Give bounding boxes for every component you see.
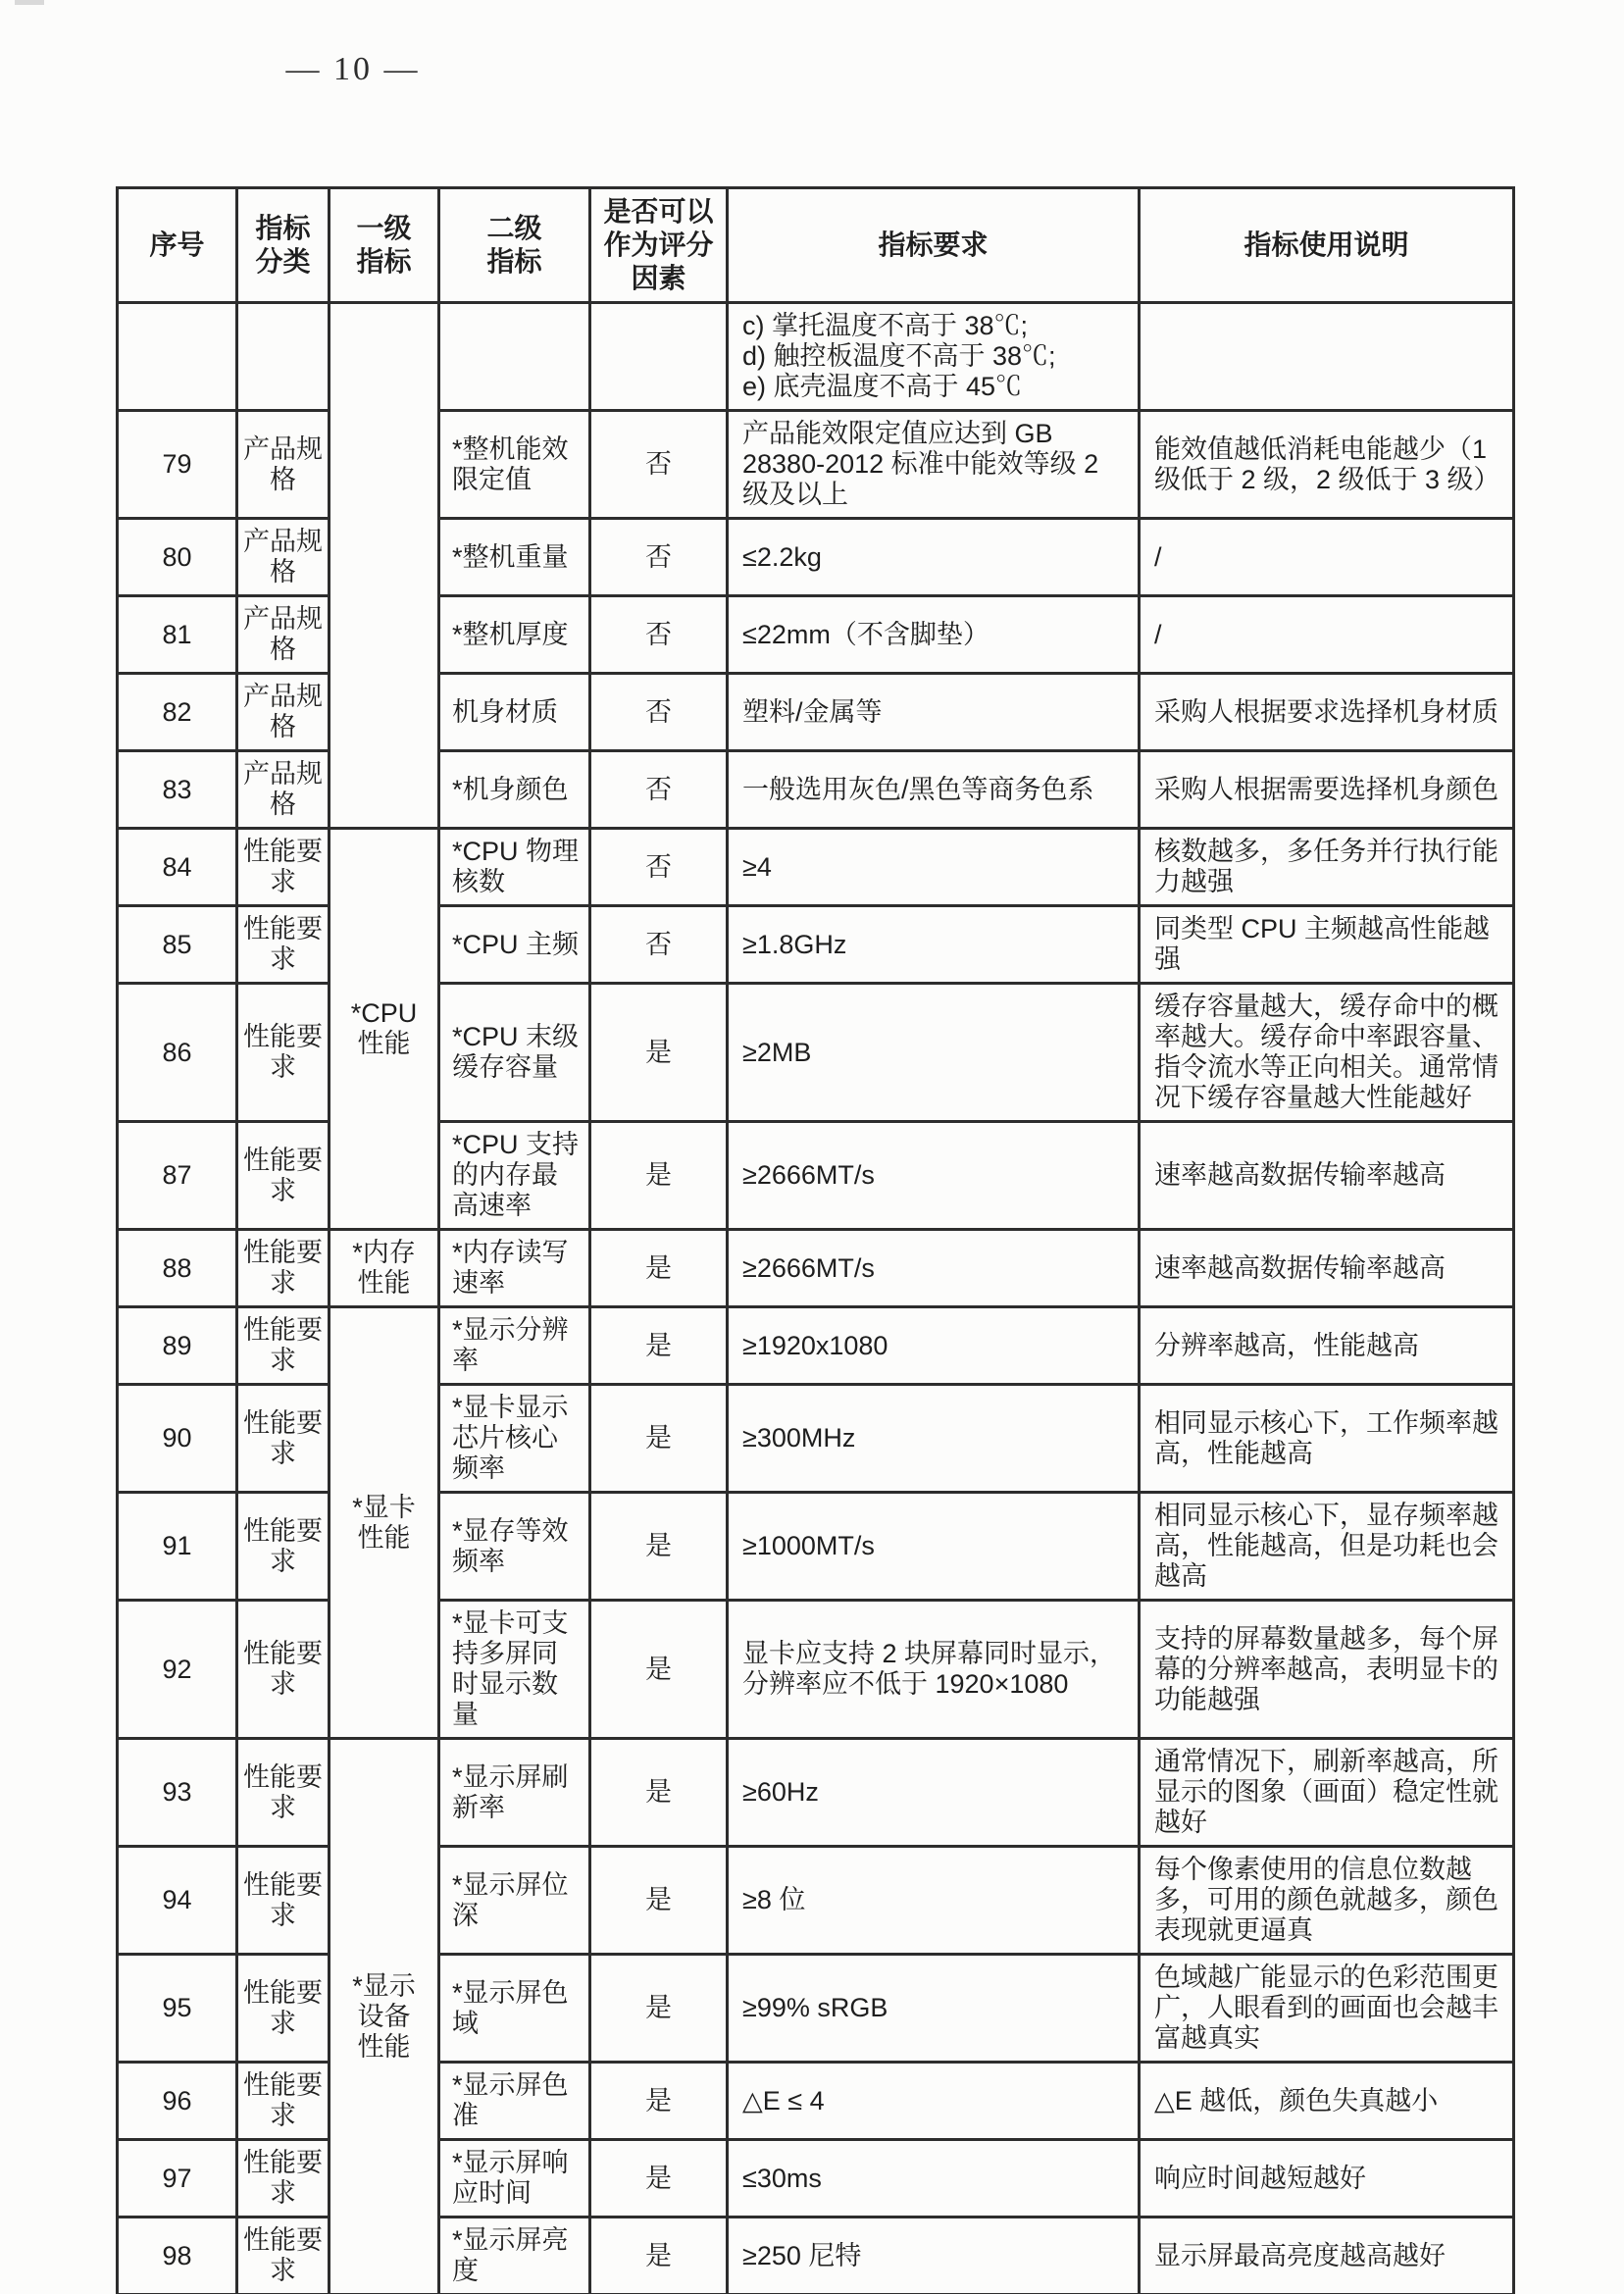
cell-requirement: ≥1920x1080 bbox=[728, 1307, 1140, 1385]
column-header: 序号 bbox=[118, 188, 237, 303]
cell-scorable: 否 bbox=[590, 906, 728, 984]
cell-requirement: ≥4 bbox=[728, 829, 1140, 906]
cell-usage-note: 采购人根据要求选择机身材质 bbox=[1140, 674, 1514, 751]
cell-level2-indicator: *整机重量 bbox=[439, 519, 590, 596]
table-row: 83产品规格*机身颜色否一般选用灰色/黑色等商务色系采购人根据需要选择机身颜色 bbox=[118, 751, 1514, 829]
table-row: 91性能要求*显存等效频率是≥1000MT/s相同显示核心下，显存频率越高，性能… bbox=[118, 1493, 1514, 1601]
cell-level2-indicator: *显卡可支持多屏同时显示数量 bbox=[439, 1601, 590, 1739]
cell-usage-note: 色域越广能显示的色彩范围更广，人眼看到的画面也会越丰富越真实 bbox=[1140, 1955, 1514, 2063]
cell-level1-indicator: *内存 性能 bbox=[330, 1230, 439, 1307]
cell-usage-note: 通常情况下，刷新率越高，所显示的图象（画面）稳定性就越好 bbox=[1140, 1739, 1514, 1847]
cell-serial: 89 bbox=[118, 1307, 237, 1385]
cell-usage-note: 每个像素使用的信息位数越多，可用的颜色就越多，颜色表现就更逼真 bbox=[1140, 1847, 1514, 1955]
cell-category: 性能要求 bbox=[237, 2218, 330, 2294]
cell-serial: 82 bbox=[118, 674, 237, 751]
cell-level2-indicator: 机身材质 bbox=[439, 674, 590, 751]
cell-scorable: 否 bbox=[590, 596, 728, 674]
cell-usage-note: 相同显示核心下，工作频率越高，性能越高 bbox=[1140, 1385, 1514, 1493]
table-row: 98性能要求*显示屏亮度是≥250 尼特显示屏最高亮度越高越好 bbox=[118, 2218, 1514, 2294]
cell-serial: 86 bbox=[118, 984, 237, 1122]
table-row: 92性能要求*显卡可支持多屏同时显示数量是显卡应支持 2 块屏幕同时显示，分辨率… bbox=[118, 1601, 1514, 1739]
table-row: 82产品规格机身材质否塑料/金属等采购人根据要求选择机身材质 bbox=[118, 674, 1514, 751]
cell-requirement: ≥1000MT/s bbox=[728, 1493, 1140, 1601]
cell-usage-note: 采购人根据需要选择机身颜色 bbox=[1140, 751, 1514, 829]
cell-level2-indicator: *显示屏亮度 bbox=[439, 2218, 590, 2294]
column-header: 指标使用说明 bbox=[1140, 188, 1514, 303]
cell-serial: 88 bbox=[118, 1230, 237, 1307]
cell-usage-note: 速率越高数据传输率越高 bbox=[1140, 1230, 1514, 1307]
column-header: 一级 指标 bbox=[330, 188, 439, 303]
cell-requirement: 产品能效限定值应达到 GB 28380-2012 标准中能效等级 2 级及以上 bbox=[728, 411, 1140, 519]
table-row: 87性能要求*CPU 支持的内存最高速率是≥2666MT/s速率越高数据传输率越… bbox=[118, 1122, 1514, 1230]
cell-requirement: ≤2.2kg bbox=[728, 519, 1140, 596]
cell-category: 产品规格 bbox=[237, 751, 330, 829]
cell-requirement: △E ≤ 4 bbox=[728, 2063, 1140, 2140]
cell-usage-note: 响应时间越短越好 bbox=[1140, 2140, 1514, 2218]
cell-requirement: ≥60Hz bbox=[728, 1739, 1140, 1847]
cell-scorable: 是 bbox=[590, 1739, 728, 1847]
table-row: 93性能要求*显示 设备 性能*显示屏刷新率是≥60Hz通常情况下，刷新率越高，… bbox=[118, 1739, 1514, 1847]
cell-serial: 84 bbox=[118, 829, 237, 906]
cell-level2-indicator: *CPU 主频 bbox=[439, 906, 590, 984]
cell-category bbox=[237, 303, 330, 411]
page-number: — 10 — bbox=[265, 51, 441, 88]
cell-level2-indicator: *显卡显示芯片核心频率 bbox=[439, 1385, 590, 1493]
cell-scorable: 是 bbox=[590, 984, 728, 1122]
cell-scorable: 是 bbox=[590, 1601, 728, 1739]
cell-level2-indicator: *显示屏响应时间 bbox=[439, 2140, 590, 2218]
cell-requirement: ≤30ms bbox=[728, 2140, 1140, 2218]
cell-level2-indicator: *整机能效限定值 bbox=[439, 411, 590, 519]
cell-level2-indicator: *显示屏位深 bbox=[439, 1847, 590, 1955]
scan-artifact bbox=[15, 0, 44, 5]
cell-usage-note: 相同显示核心下，显存频率越高，性能越高，但是功耗也会越高 bbox=[1140, 1493, 1514, 1601]
cell-level2-indicator: *内存读写速率 bbox=[439, 1230, 590, 1307]
cell-serial: 90 bbox=[118, 1385, 237, 1493]
spec-table-container: 序号指标 分类一级 指标二级 指标是否可以 作为评分 因素指标要求指标使用说明 … bbox=[116, 186, 1512, 2294]
document-page: 序号指标 分类一级 指标二级 指标是否可以 作为评分 因素指标要求指标使用说明 … bbox=[0, 0, 1624, 2294]
cell-level1-indicator: *显示 设备 性能 bbox=[330, 1739, 439, 2294]
cell-scorable: 否 bbox=[590, 411, 728, 519]
cell-category: 性能要求 bbox=[237, 1122, 330, 1230]
cell-serial: 85 bbox=[118, 906, 237, 984]
cell-category: 产品规格 bbox=[237, 519, 330, 596]
cell-level1-indicator: *CPU 性能 bbox=[330, 829, 439, 1230]
cell-serial: 95 bbox=[118, 1955, 237, 2063]
cell-category: 产品规格 bbox=[237, 596, 330, 674]
cell-serial: 83 bbox=[118, 751, 237, 829]
cell-category: 性能要求 bbox=[237, 984, 330, 1122]
table-row: 90性能要求*显卡显示芯片核心频率是≥300MHz相同显示核心下，工作频率越高，… bbox=[118, 1385, 1514, 1493]
cell-scorable: 是 bbox=[590, 1122, 728, 1230]
cell-level2-indicator: *显存等效频率 bbox=[439, 1493, 590, 1601]
cell-category: 性能要求 bbox=[237, 1601, 330, 1739]
cell-usage-note: / bbox=[1140, 596, 1514, 674]
table-row: 79产品规格*整机能效限定值否产品能效限定值应达到 GB 28380-2012 … bbox=[118, 411, 1514, 519]
cell-requirement: ≥2666MT/s bbox=[728, 1230, 1140, 1307]
cell-usage-note: 同类型 CPU 主频越高性能越强 bbox=[1140, 906, 1514, 984]
cell-category: 性能要求 bbox=[237, 2063, 330, 2140]
cell-scorable: 是 bbox=[590, 1493, 728, 1601]
cell-requirement: ≥2666MT/s bbox=[728, 1122, 1140, 1230]
cell-level2-indicator bbox=[439, 303, 590, 411]
cell-usage-note: 核数越多，多任务并行执行能力越强 bbox=[1140, 829, 1514, 906]
table-row: 86性能要求*CPU 末级缓存容量是≥2MB缓存容量越大，缓存命中的概率越大。缓… bbox=[118, 984, 1514, 1122]
table-row: 81产品规格*整机厚度否≤22mm（不含脚垫）/ bbox=[118, 596, 1514, 674]
cell-scorable: 是 bbox=[590, 1307, 728, 1385]
cell-usage-note: 支持的屏幕数量越多，每个屏幕的分辨率越高，表明显卡的功能越强 bbox=[1140, 1601, 1514, 1739]
cell-requirement: 塑料/金属等 bbox=[728, 674, 1140, 751]
cell-level2-indicator: *CPU 物理核数 bbox=[439, 829, 590, 906]
cell-serial: 92 bbox=[118, 1601, 237, 1739]
cell-serial: 97 bbox=[118, 2140, 237, 2218]
cell-serial: 98 bbox=[118, 2218, 237, 2294]
cell-requirement: ≥250 尼特 bbox=[728, 2218, 1140, 2294]
column-header: 指标要求 bbox=[728, 188, 1140, 303]
cell-scorable: 否 bbox=[590, 751, 728, 829]
cell-scorable: 否 bbox=[590, 674, 728, 751]
cell-category: 性能要求 bbox=[237, 1847, 330, 1955]
cell-usage-note: 缓存容量越大，缓存命中的概率越大。缓存命中率跟容量、指令流水等正向相关。通常情况… bbox=[1140, 984, 1514, 1122]
table-row: 80产品规格*整机重量否≤2.2kg/ bbox=[118, 519, 1514, 596]
column-header: 是否可以 作为评分 因素 bbox=[590, 188, 728, 303]
cell-scorable: 否 bbox=[590, 519, 728, 596]
cell-level2-indicator: *显示分辨率 bbox=[439, 1307, 590, 1385]
cell-scorable: 是 bbox=[590, 1955, 728, 2063]
cell-usage-note: / bbox=[1140, 519, 1514, 596]
cell-category: 性能要求 bbox=[237, 2140, 330, 2218]
table-row: 94性能要求*显示屏位深是≥8 位每个像素使用的信息位数越多，可用的颜色就越多，… bbox=[118, 1847, 1514, 1955]
cell-category: 性能要求 bbox=[237, 1385, 330, 1493]
cell-category: 性能要求 bbox=[237, 1955, 330, 2063]
cell-usage-note: 分辨率越高，性能越高 bbox=[1140, 1307, 1514, 1385]
table-row: 96性能要求*显示屏色准是△E ≤ 4△E 越低，颜色失真越小 bbox=[118, 2063, 1514, 2140]
cell-serial: 93 bbox=[118, 1739, 237, 1847]
column-header: 指标 分类 bbox=[237, 188, 330, 303]
cell-requirement: ≥1.8GHz bbox=[728, 906, 1140, 984]
cell-level2-indicator: *整机厚度 bbox=[439, 596, 590, 674]
cell-usage-note: 显示屏最高亮度越高越好 bbox=[1140, 2218, 1514, 2294]
cell-category: 性能要求 bbox=[237, 829, 330, 906]
cell-scorable: 是 bbox=[590, 2063, 728, 2140]
cell-scorable: 是 bbox=[590, 2140, 728, 2218]
cell-usage-note: 速率越高数据传输率越高 bbox=[1140, 1122, 1514, 1230]
cell-requirement: 显卡应支持 2 块屏幕同时显示，分辨率应不低于 1920×1080 bbox=[728, 1601, 1140, 1739]
cell-serial: 80 bbox=[118, 519, 237, 596]
cell-requirement: c) 掌托温度不高于 38℃; d) 触控板温度不高于 38℃; e) 底壳温度… bbox=[728, 303, 1140, 411]
cell-category: 产品规格 bbox=[237, 411, 330, 519]
table-row: c) 掌托温度不高于 38℃; d) 触控板温度不高于 38℃; e) 底壳温度… bbox=[118, 303, 1514, 411]
cell-requirement: ≥300MHz bbox=[728, 1385, 1140, 1493]
cell-level1-indicator bbox=[330, 303, 439, 829]
cell-requirement: ≥2MB bbox=[728, 984, 1140, 1122]
cell-serial: 79 bbox=[118, 411, 237, 519]
cell-level2-indicator: *显示屏色准 bbox=[439, 2063, 590, 2140]
cell-serial: 91 bbox=[118, 1493, 237, 1601]
table-row: 95性能要求*显示屏色域是≥99% sRGB色域越广能显示的色彩范围更广，人眼看… bbox=[118, 1955, 1514, 2063]
cell-serial: 81 bbox=[118, 596, 237, 674]
cell-scorable: 是 bbox=[590, 1847, 728, 1955]
cell-scorable: 否 bbox=[590, 829, 728, 906]
cell-usage-note: 能效值越低消耗电能越少（1 级低于 2 级，2 级低于 3 级） bbox=[1140, 411, 1514, 519]
cell-scorable bbox=[590, 303, 728, 411]
cell-serial: 87 bbox=[118, 1122, 237, 1230]
cell-scorable: 是 bbox=[590, 2218, 728, 2294]
cell-scorable: 是 bbox=[590, 1385, 728, 1493]
cell-category: 产品规格 bbox=[237, 674, 330, 751]
column-header: 二级 指标 bbox=[439, 188, 590, 303]
spec-indicator-table: 序号指标 分类一级 指标二级 指标是否可以 作为评分 因素指标要求指标使用说明 … bbox=[116, 186, 1515, 2294]
cell-requirement: ≥8 位 bbox=[728, 1847, 1140, 1955]
cell-scorable: 是 bbox=[590, 1230, 728, 1307]
cell-level2-indicator: *显示屏色域 bbox=[439, 1955, 590, 2063]
cell-requirement: ≤22mm（不含脚垫） bbox=[728, 596, 1140, 674]
cell-category: 性能要求 bbox=[237, 1307, 330, 1385]
table-row: 97性能要求*显示屏响应时间是≤30ms响应时间越短越好 bbox=[118, 2140, 1514, 2218]
cell-category: 性能要求 bbox=[237, 906, 330, 984]
cell-level2-indicator: *CPU 支持的内存最高速率 bbox=[439, 1122, 590, 1230]
table-row: 85性能要求*CPU 主频否≥1.8GHz同类型 CPU 主频越高性能越强 bbox=[118, 906, 1514, 984]
cell-level2-indicator: *显示屏刷新率 bbox=[439, 1739, 590, 1847]
cell-category: 性能要求 bbox=[237, 1739, 330, 1847]
table-header-row: 序号指标 分类一级 指标二级 指标是否可以 作为评分 因素指标要求指标使用说明 bbox=[118, 188, 1514, 303]
cell-category: 性能要求 bbox=[237, 1230, 330, 1307]
cell-requirement: ≥99% sRGB bbox=[728, 1955, 1140, 2063]
table-row: 89性能要求*显卡 性能*显示分辨率是≥1920x1080分辨率越高，性能越高 bbox=[118, 1307, 1514, 1385]
cell-serial: 96 bbox=[118, 2063, 237, 2140]
cell-requirement: 一般选用灰色/黑色等商务色系 bbox=[728, 751, 1140, 829]
cell-serial: 94 bbox=[118, 1847, 237, 1955]
table-row: 88性能要求*内存 性能*内存读写速率是≥2666MT/s速率越高数据传输率越高 bbox=[118, 1230, 1514, 1307]
cell-level1-indicator: *显卡 性能 bbox=[330, 1307, 439, 1739]
table-row: 84性能要求*CPU 性能*CPU 物理核数否≥4核数越多，多任务并行执行能力越… bbox=[118, 829, 1514, 906]
cell-level2-indicator: *机身颜色 bbox=[439, 751, 590, 829]
cell-usage-note: △E 越低，颜色失真越小 bbox=[1140, 2063, 1514, 2140]
cell-usage-note bbox=[1140, 303, 1514, 411]
cell-serial bbox=[118, 303, 237, 411]
cell-level2-indicator: *CPU 末级缓存容量 bbox=[439, 984, 590, 1122]
cell-category: 性能要求 bbox=[237, 1493, 330, 1601]
